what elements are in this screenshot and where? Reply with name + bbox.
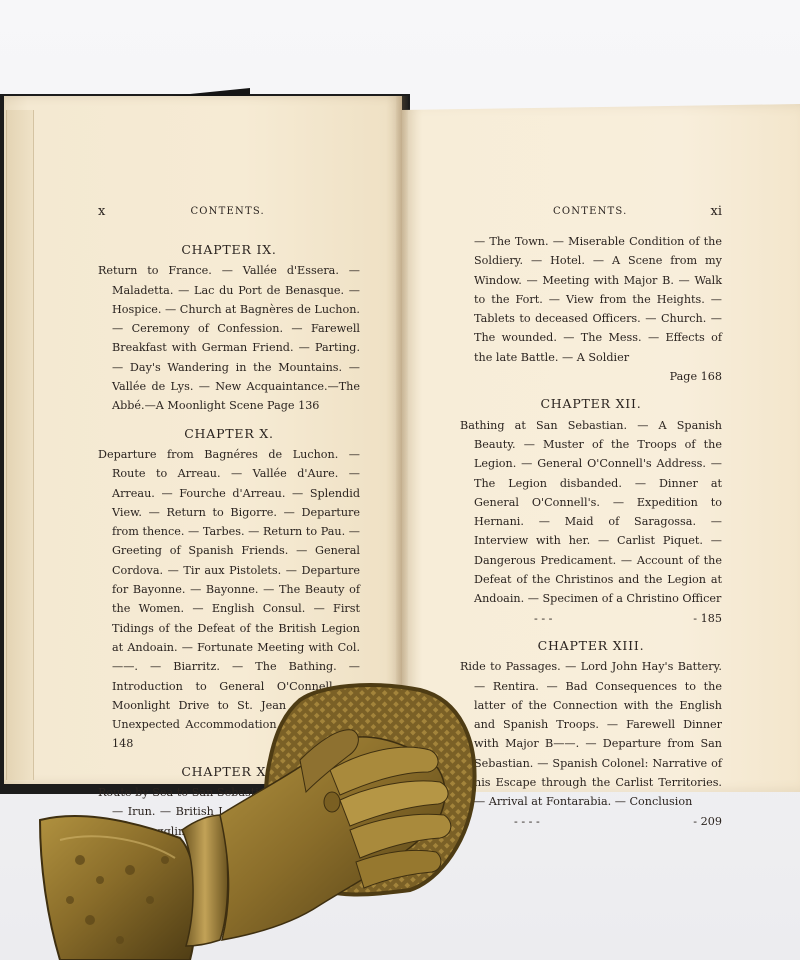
- leader-dots: - - -: [474, 609, 552, 628]
- page-leader: - - - - 185: [460, 609, 722, 628]
- chapter-summary: Ride to Passages. — Lord John Hay's Batt…: [460, 657, 722, 811]
- chapter-heading: CHAPTER XI.: [98, 762, 360, 781]
- book-gutter: [396, 96, 408, 786]
- page-reference: - 209: [693, 812, 722, 831]
- chapter-summary: — The Town. — Miserable Condition of the…: [460, 232, 722, 367]
- page-reference: - 185: [693, 609, 722, 628]
- chapter-heading: CHAPTER IX.: [98, 240, 360, 259]
- page-reference: Page 168: [460, 367, 722, 386]
- chapter-xii: CHAPTER XII. Bathing at San Sebastian. —…: [460, 394, 722, 628]
- chapter-xi-continued: — The Town. — Miserable Condition of the…: [460, 232, 722, 386]
- chapter-summary: Departure from Bagnéres de Luchon. — Rou…: [98, 445, 360, 754]
- running-title: CONTENTS.: [190, 202, 264, 232]
- page-leader: - - - - - 209: [460, 812, 722, 831]
- chapter-heading: CHAPTER XIII.: [460, 636, 722, 655]
- chapter-heading: CHAPTER XII.: [460, 394, 722, 413]
- page-number: x: [98, 202, 105, 232]
- chapter-heading: CHAPTER X.: [98, 424, 360, 443]
- chapter-summary: Route by Sea to San Sebastian. — Fontara…: [98, 783, 360, 860]
- chapter-x: CHAPTER X. Departure from Bagnéres de Lu…: [98, 424, 360, 754]
- leader-dots: - - - -: [474, 812, 540, 831]
- chapter-summary: Return to France. — Vallée d'Essera. — M…: [98, 261, 360, 415]
- left-page-text: x CONTENTS. CHAPTER IX. Return to France…: [98, 202, 360, 860]
- chapter-xi: CHAPTER XI. Route by Sea to San Sebastia…: [98, 762, 360, 860]
- chapter-summary: Bathing at San Sebastian. — A Spanish Be…: [460, 416, 722, 609]
- running-title: CONTENTS.: [553, 202, 627, 232]
- right-page-text: CONTENTS. xi — The Town. — Miserable Con…: [460, 202, 722, 831]
- chapter-ix: CHAPTER IX. Return to France. — Vallée d…: [98, 240, 360, 416]
- chapter-xiii: CHAPTER XIII. Ride to Passages. — Lord J…: [460, 636, 722, 831]
- right-running-head: CONTENTS. xi: [460, 202, 722, 232]
- left-running-head: x CONTENTS.: [98, 202, 360, 232]
- page-edges: [6, 110, 34, 780]
- page-number: xi: [711, 202, 723, 232]
